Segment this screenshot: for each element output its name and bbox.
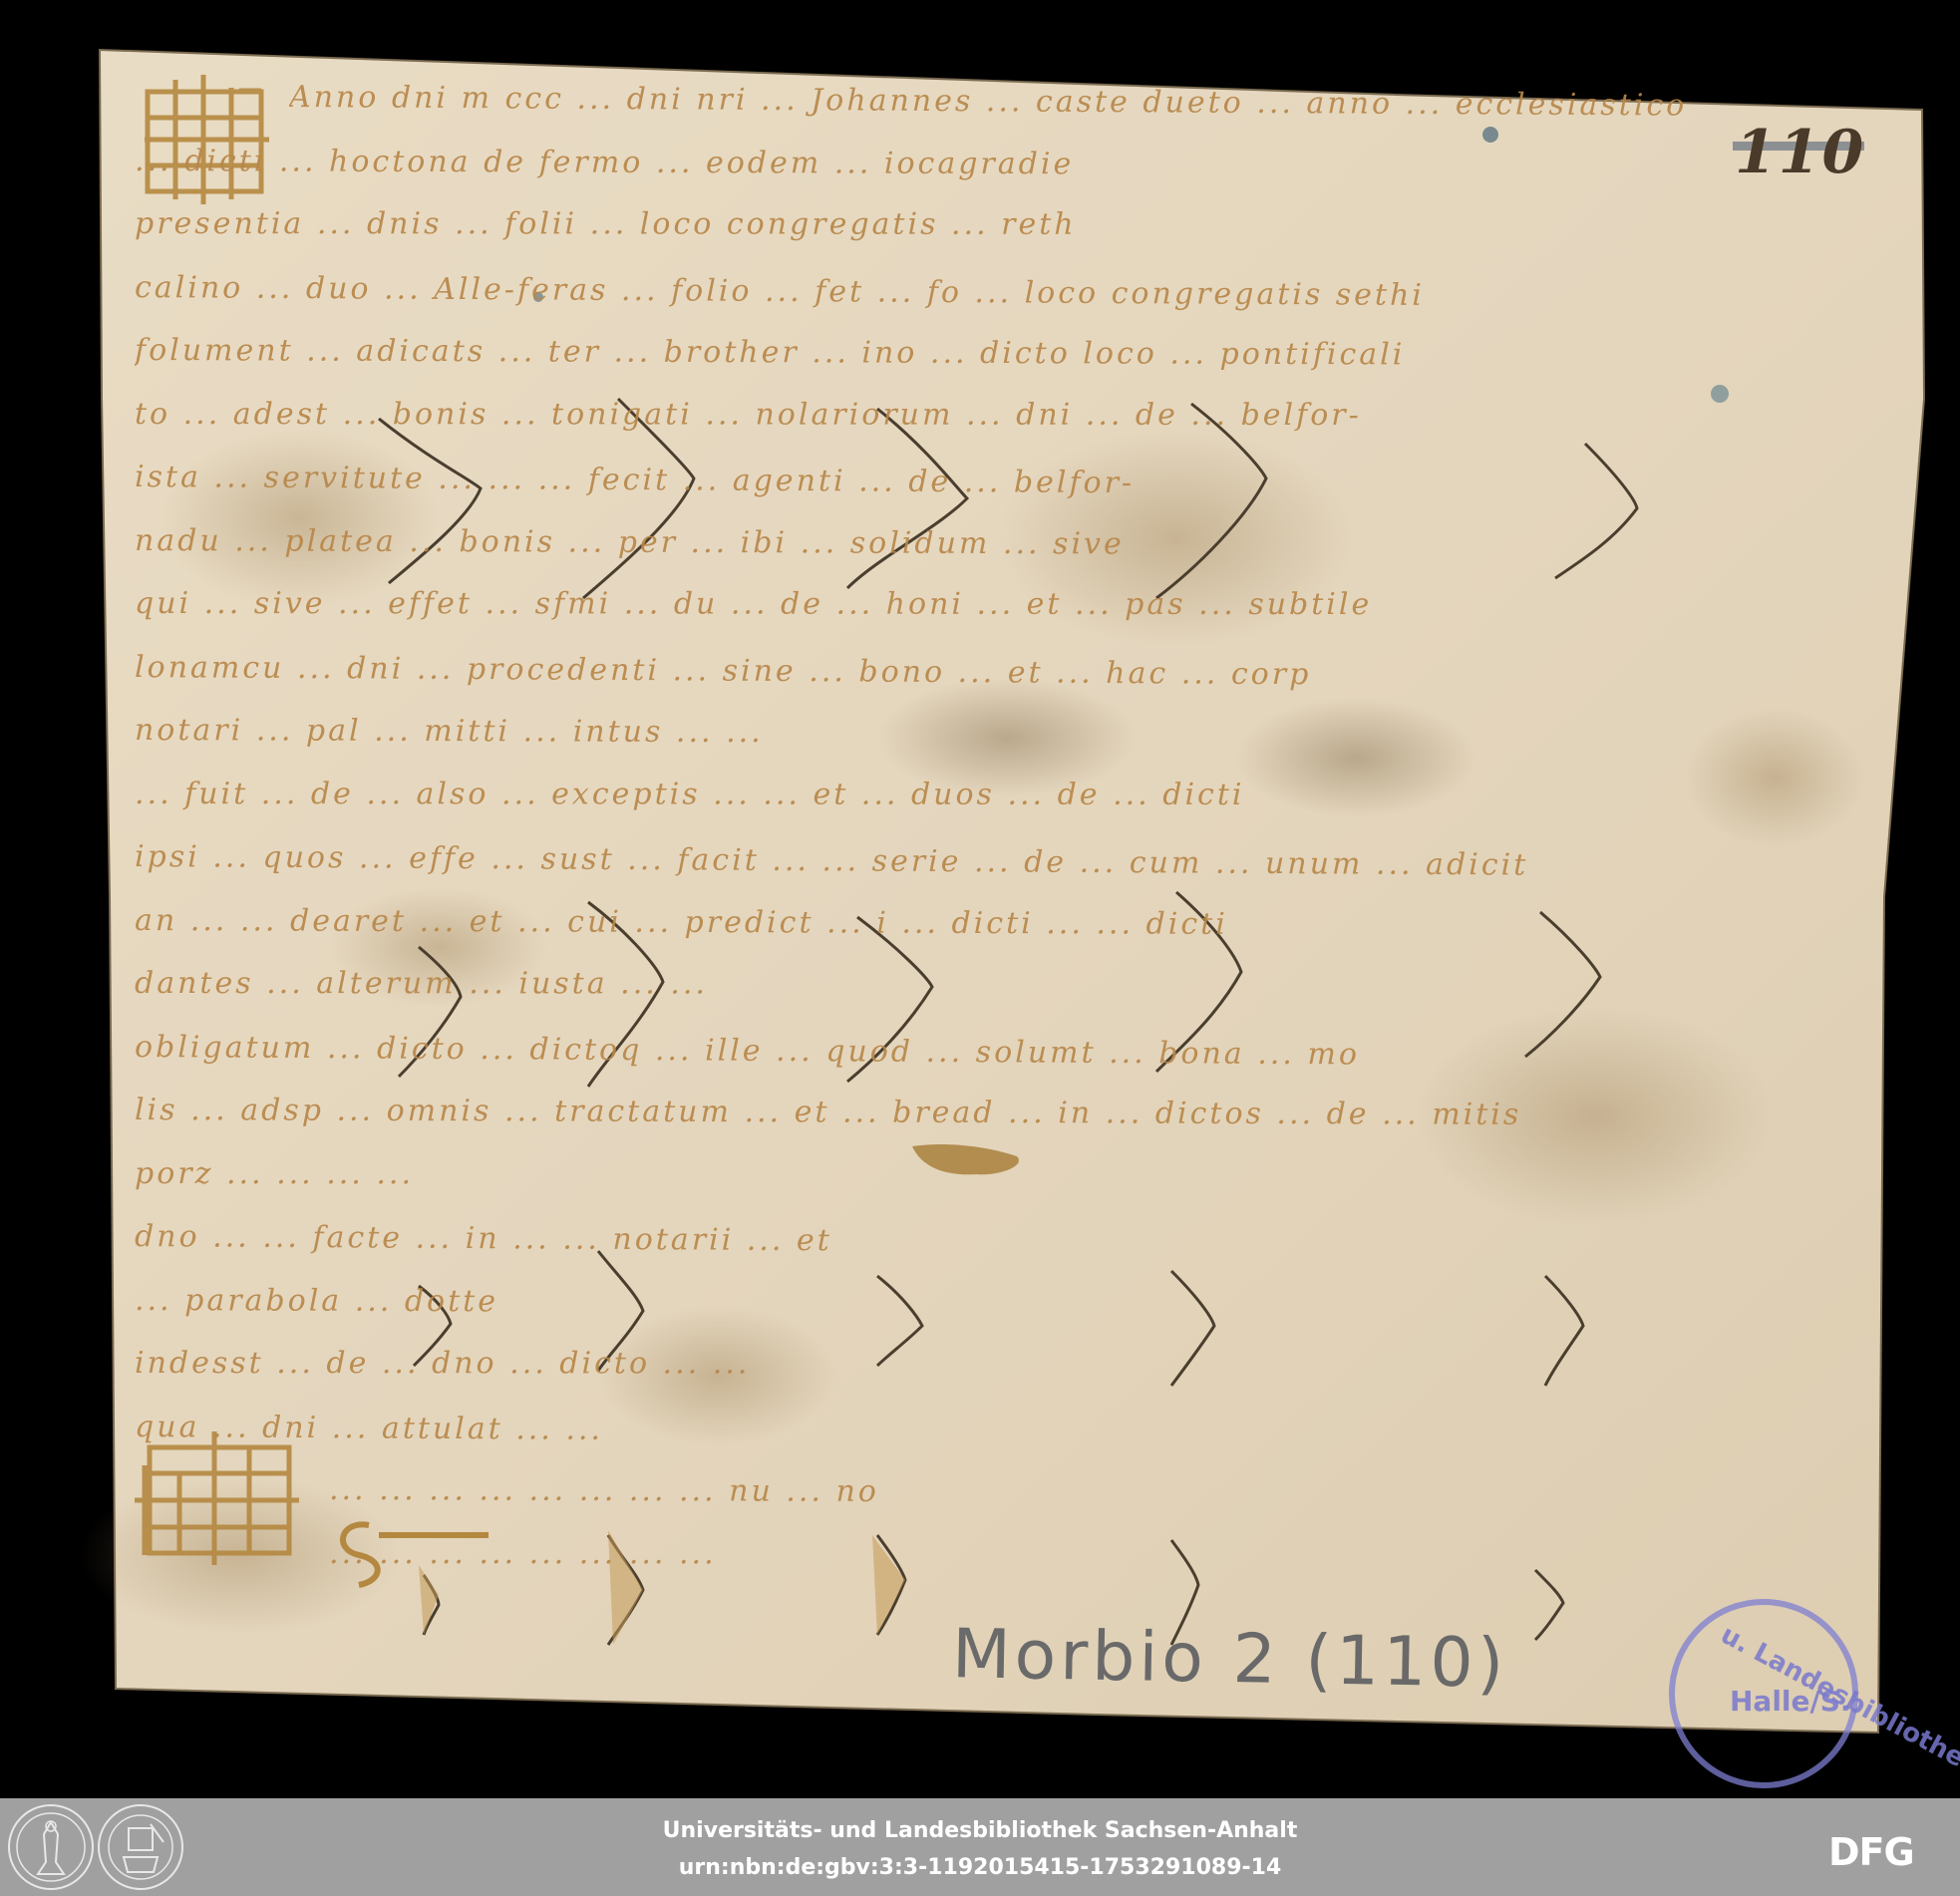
charter-line: ... parabola ... dotte: [135, 1283, 1874, 1324]
charter-line: ... fuit ... de ... also ... exceptis ..…: [135, 777, 1874, 813]
parchment-charter: Anno dni m ccc ... dni nri ... Johannes …: [0, 0, 1960, 1798]
charter-line: ... ... ... ... ... ... ... ...: [329, 1536, 1874, 1572]
charter-line: presentia ... dnis ... folii ... loco co…: [135, 206, 1874, 243]
urn-identifier[interactable]: urn:nbn:de:gbv:3:3-1192015415-1753291089…: [0, 1855, 1960, 1880]
stamp-text-center: Halle/S.: [1730, 1685, 1851, 1718]
charter-line: an ... ... dearet ... et ... cui ... pre…: [135, 903, 1874, 944]
charter-line: nadu ... platea ... bonis ... per ... ib…: [135, 523, 1874, 564]
charter-line: lis ... adsp ... omnis ... tractatum ...…: [135, 1093, 1874, 1133]
pencil-annotation: Morbio 2 (110): [951, 1615, 1508, 1704]
charter-line: ... dicti ... hoctona de fermo ... eodem…: [135, 144, 1874, 184]
charter-line: folument ... adicats ... ter ... brother…: [135, 333, 1874, 374]
charter-line: qui ... sive ... effet ... sfmi ... du .…: [135, 586, 1874, 623]
parchment-sheet: [0, 0, 1960, 1798]
charter-line: dantes ... alterum ... iusta ... ...: [135, 966, 1874, 1003]
charter-line: notari ... pal ... mitti ... intus ... .…: [135, 713, 1874, 754]
charter-line: to ... adest ... bonis ... tonigati ... …: [135, 397, 1874, 434]
shelfmark-number: 110: [1735, 118, 1865, 187]
dfg-logo: DFG: [1828, 1830, 1914, 1874]
document-viewer: Anno dni m ccc ... dni nri ... Johannes …: [0, 0, 1960, 1798]
charter-line: indesst ... de ... dno ... dicto ... ...: [135, 1346, 1874, 1383]
institution-name: Universitäts- und Landesbibliothek Sachs…: [0, 1818, 1960, 1843]
charter-line: porz ... ... ... ...: [135, 1156, 1874, 1193]
footer-banner: Universitäts- und Landesbibliothek Sachs…: [0, 1798, 1960, 1896]
charter-line: ... ... ... ... ... ... ... ... nu ... n…: [329, 1472, 1874, 1512]
